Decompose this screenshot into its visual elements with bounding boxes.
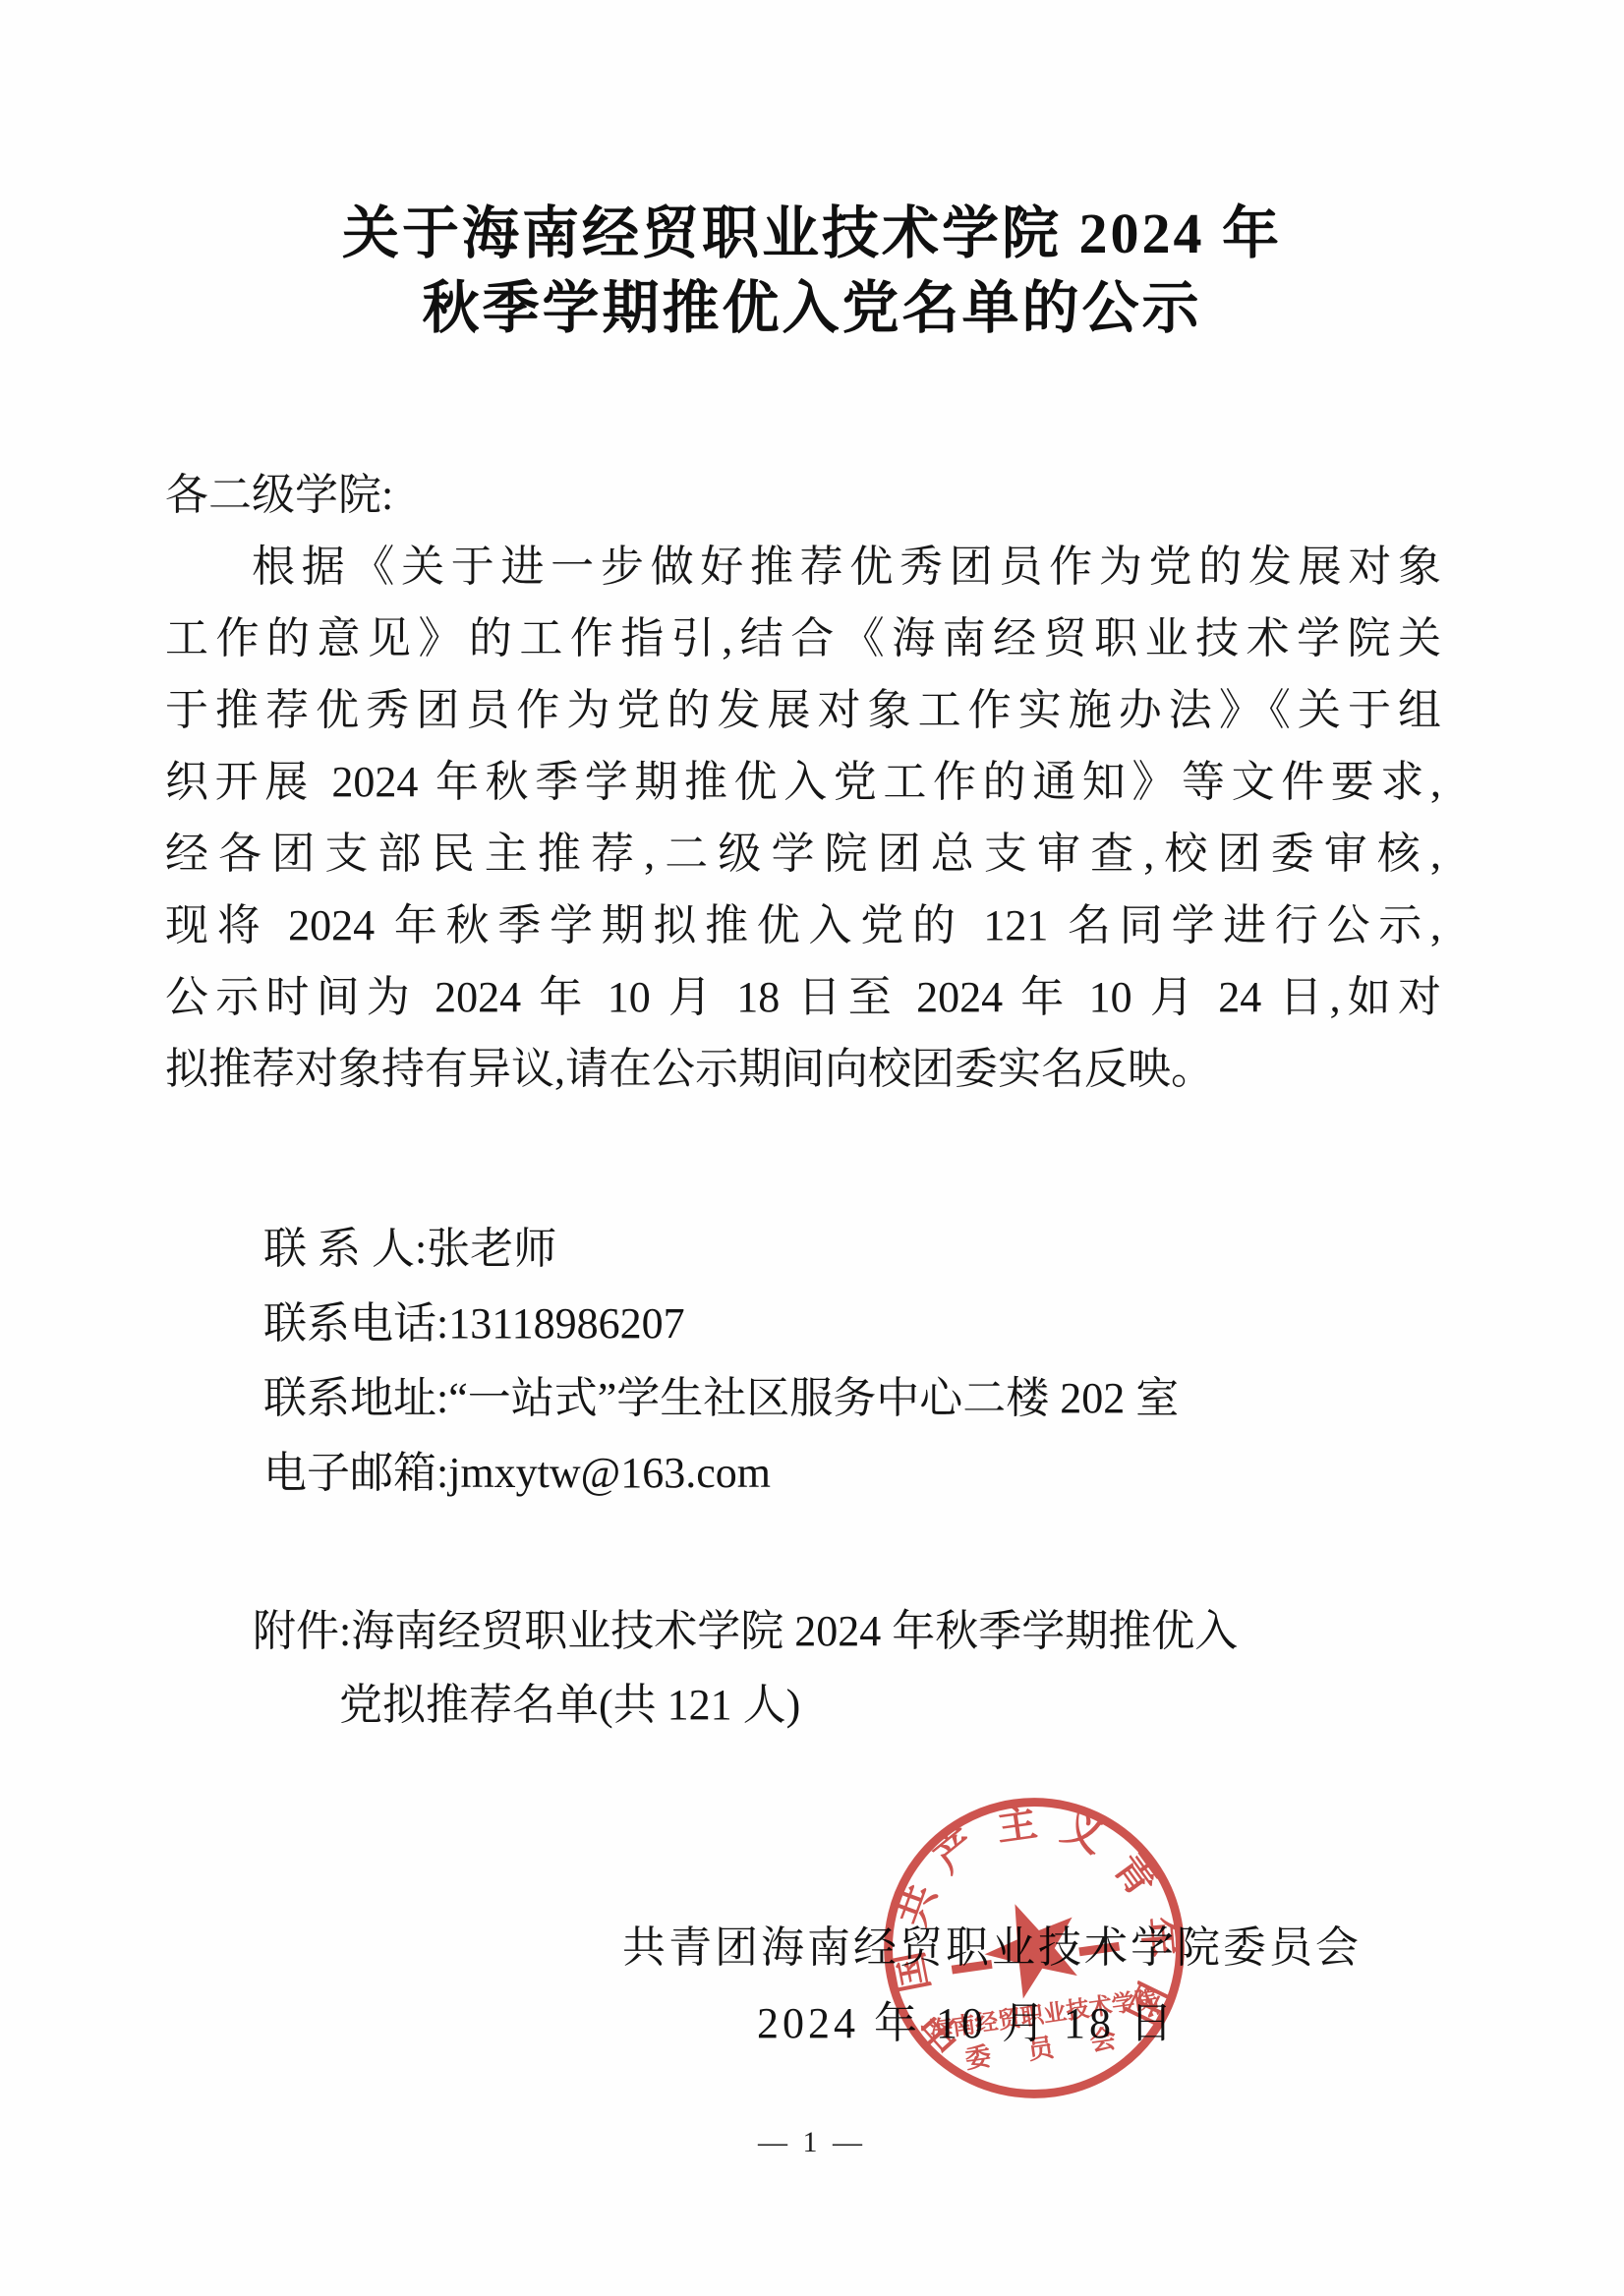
svg-text:青: 青 (1105, 1845, 1165, 1904)
body-line: 现将 2024 年秋季学期拟推优入党的 121 名同学进行公示, (165, 890, 1441, 961)
attachment-line: 附件:海南经贸职业技术学院 2024 年秋季学期推优入 (253, 1594, 1472, 1668)
attachment-line: 党拟推荐名单(共 121 人) (339, 1668, 1472, 1742)
page-number: — 1 — (0, 2123, 1624, 2162)
contact-info: 联 系 人:张老师联系电话:13118986207联系地址:“一站式”学生社区服… (263, 1212, 1482, 1511)
seal-star-icon (971, 1885, 1094, 2005)
official-seal: 中 国 共 产 主 义 青 年 团 海南经贸职业技术学院 委 员 会 (871, 1785, 1197, 2111)
svg-text:国: 国 (886, 1948, 938, 1996)
seal-left-bar (952, 1960, 993, 1974)
document-title-line-2: 秋季学期推优入党名单的公示 (0, 271, 1624, 346)
contact-line: 联系地址:“一站式”学生社区服务中心二楼 202 室 (263, 1361, 1482, 1436)
body-line: 织开展 2024 年秋季学期推优入党工作的通知》等文件要求, (165, 746, 1441, 818)
contact-line: 联系电话:13118986207 (263, 1287, 1482, 1361)
body-line: 拟推荐对象持有异议,请在公示期间向校团委实名反映。 (165, 1033, 1441, 1105)
document-title: 关于海南经贸职业技术学院 2024 年 秋季学期推优入党名单的公示 (0, 197, 1624, 346)
body-line: 工作的意见》的工作指引,结合《海南经贸职业技术学院关 (165, 603, 1441, 674)
contact-line: 电子邮箱:jmxytw@163.com (263, 1436, 1482, 1511)
svg-text:产: 产 (926, 1820, 986, 1881)
document-page: 关于海南经贸职业技术学院 2024 年 秋季学期推优入党名单的公示 各二级学院:… (0, 0, 1624, 2296)
svg-text:共: 共 (889, 1878, 945, 1931)
salutation: 各二级学院: (165, 459, 1441, 531)
svg-text:主: 主 (994, 1799, 1040, 1849)
svg-text:义: 义 (1056, 1805, 1111, 1862)
body-line: 根据《关于进一步做好推荐优秀团员作为党的发展对象 (165, 531, 1441, 603)
attachment-note: 附件:海南经贸职业技术学院 2024 年秋季学期推优入党拟推荐名单(共 121 … (253, 1594, 1472, 1742)
seal-right-bar (1078, 1942, 1120, 1956)
body-line: 公示时间为 2024 年 10 月 18 日至 2024 年 10 月 24 日… (165, 961, 1441, 1033)
document-title-line-1: 关于海南经贸职业技术学院 2024 年 (0, 197, 1624, 271)
body-line: 经各团支部民主推荐,二级学院团总支审查,校团委审核, (165, 818, 1441, 890)
body-line: 于推荐优秀团员作为党的发展对象工作实施办法》《关于组 (165, 674, 1441, 746)
document-body: 各二级学院: 根据《关于进一步做好推荐优秀团员作为党的发展对象工作的意见》的工作… (165, 459, 1441, 1105)
body-paragraph: 根据《关于进一步做好推荐优秀团员作为党的发展对象工作的意见》的工作指引,结合《海… (165, 531, 1441, 1105)
contact-line: 联 系 人:张老师 (263, 1212, 1482, 1287)
svg-text:年: 年 (1134, 1916, 1183, 1960)
